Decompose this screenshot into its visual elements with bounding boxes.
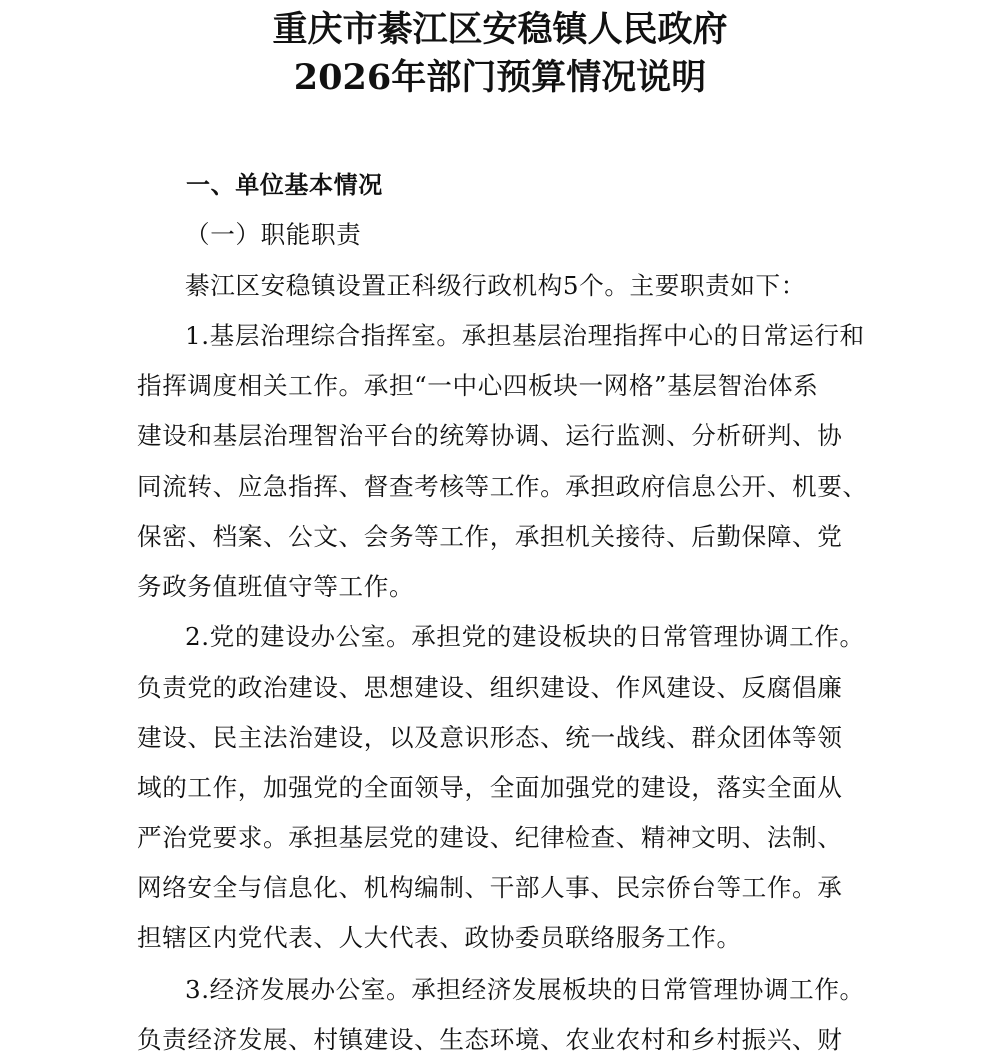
paragraph-line: 建设、民主法治建设，以及意识形态、统一战线、群众团体等领 (137, 721, 842, 755)
document-title-line-2: 2026年部门预算情况说明 (0, 58, 1000, 98)
paragraph-line: 担辖区内党代表、人大代表、政协委员联络服务工作。 (137, 921, 742, 955)
paragraph-line: 域的工作，加强党的全面领导，全面加强党的建设，落实全面从 (137, 771, 842, 805)
paragraph-line: 1.基层治理综合指挥室。承担基层治理指挥中心的日常运行和 (185, 319, 865, 353)
paragraph-line: 保密、档案、公文、会务等工作，承担机关接待、后勤保障、党 (137, 520, 842, 554)
paragraph-line: 负责党的政治建设、思想建设、组织建设、作风建设、反腐倡廉 (137, 671, 842, 705)
paragraph-line: 建设和基层治理智治平台的统筹协调、运行监测、分析研判、协 (137, 419, 842, 453)
section-heading: 一、单位基本情况 (186, 168, 383, 202)
paragraph-line: 负责经济发展、村镇建设、生态环境、农业农村和乡村振兴、财 (137, 1023, 842, 1057)
paragraph-line: 同流转、应急指挥、督查考核等工作。承担政府信息公开、机要、 (137, 470, 868, 504)
subsection-heading: （一）职能职责 (185, 218, 361, 252)
document-title-line-1: 重庆市綦江区安稳镇人民政府 (0, 10, 1000, 50)
paragraph-line: 务政务值班值守等工作。 (137, 570, 414, 604)
intro-paragraph: 綦江区安稳镇设置正科级行政机构5个。主要职责如下： (185, 269, 806, 303)
paragraph-line: 网络安全与信息化、机构编制、干部人事、民宗侨台等工作。承 (137, 871, 842, 905)
paragraph-line: 严治党要求。承担基层党的建设、纪律检查、精神文明、法制、 (137, 821, 842, 855)
paragraph-line: 指挥调度相关工作。承担“一中心四板块一网格”基层智治体系 (137, 369, 818, 403)
document-page: 重庆市綦江区安稳镇人民政府 2026年部门预算情况说明 一、单位基本情况 （一）… (0, 0, 1000, 1063)
paragraph-line: 3.经济发展办公室。承担经济发展板块的日常管理协调工作。 (185, 973, 865, 1007)
paragraph-line: 2.党的建设办公室。承担党的建设板块的日常管理协调工作。 (185, 620, 865, 654)
